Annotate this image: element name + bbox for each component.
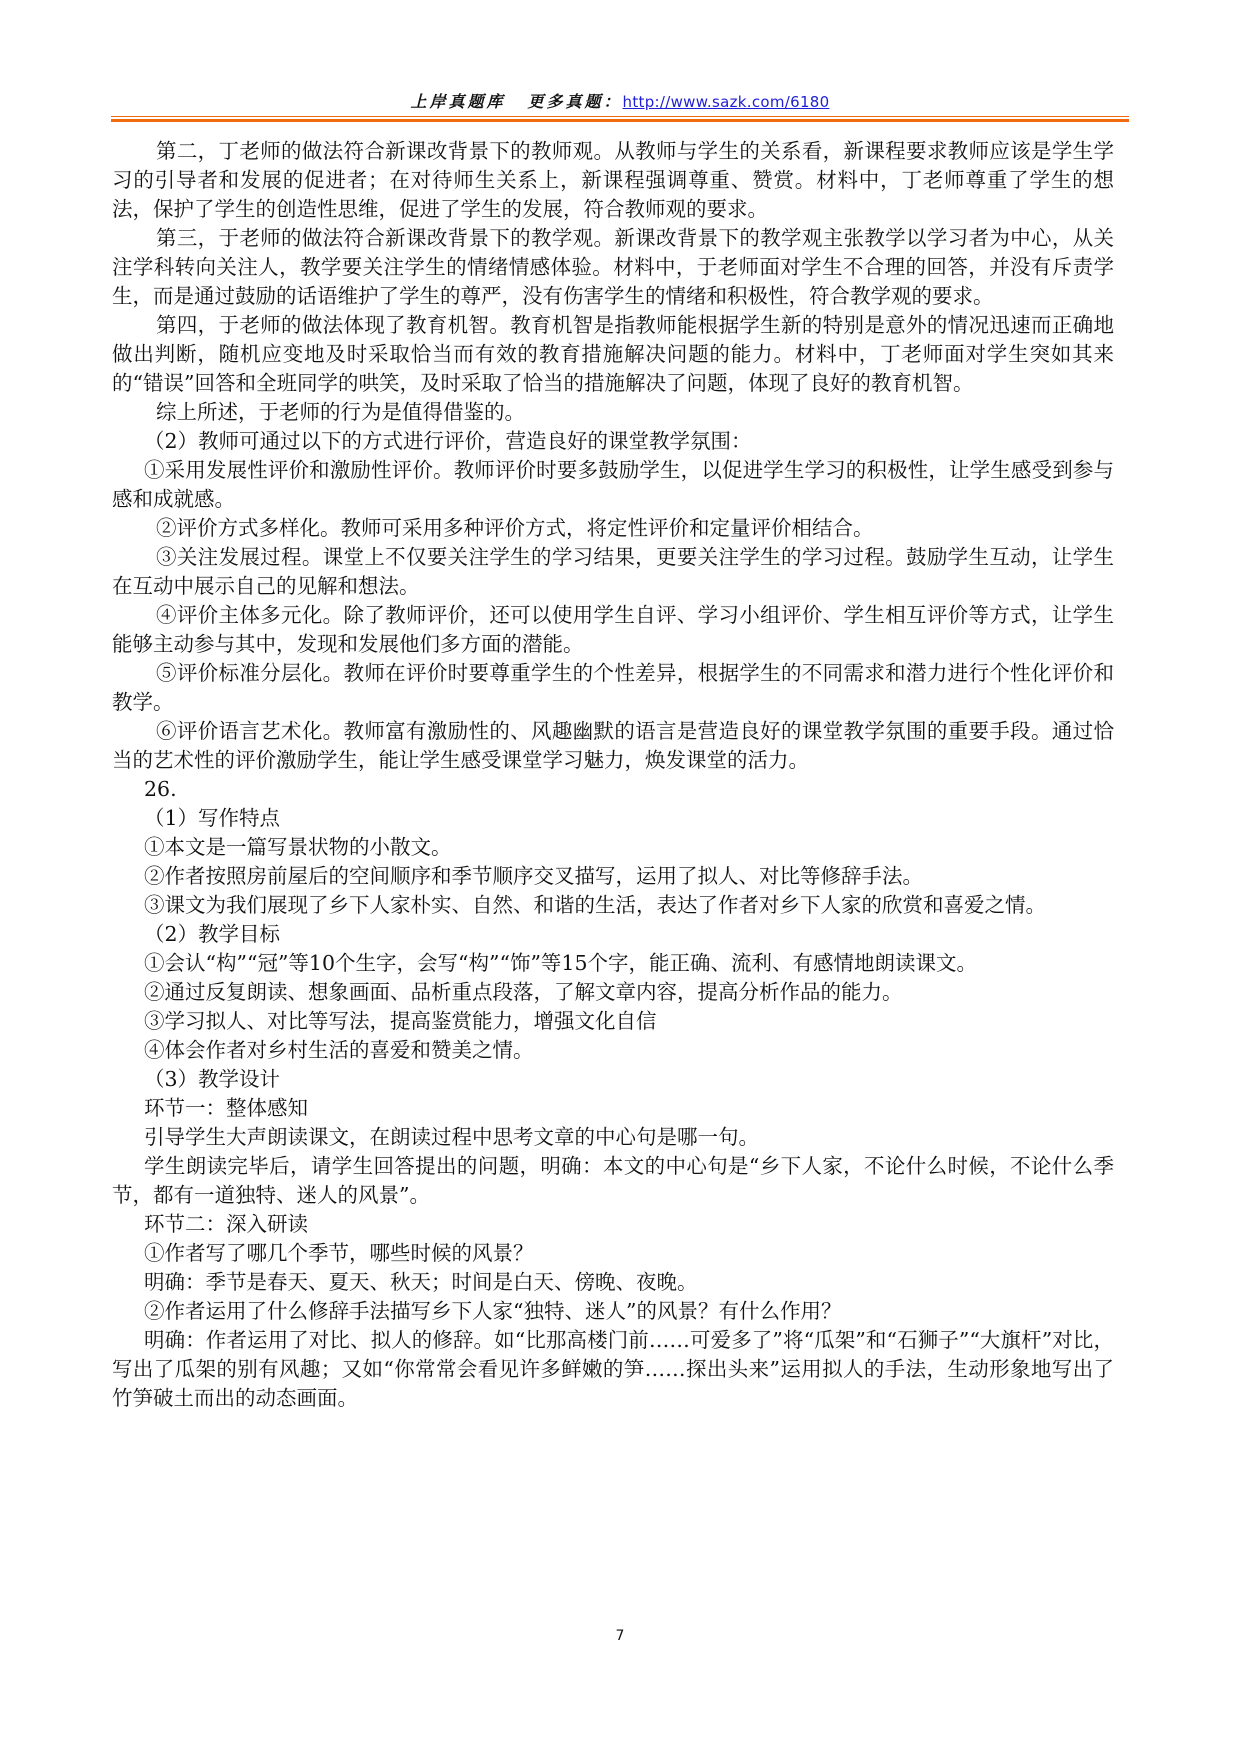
list-item: ②通过反复朗读、想象画面、品析重点段落，了解文章内容，提高分析作品的能力。	[112, 978, 1114, 1007]
subsection-heading: 环节二：深入研读	[112, 1210, 1114, 1239]
subsection-heading: 环节一：整体感知	[112, 1094, 1114, 1123]
header-brand: 上岸真题库	[411, 92, 506, 111]
section-heading: （2）教学目标	[112, 920, 1114, 949]
list-item: ④体会作者对乡村生活的喜爱和赞美之情。	[112, 1036, 1114, 1065]
paragraph: 明确：季节是春天、夏天、秋天；时间是白天、傍晚、夜晚。	[112, 1268, 1114, 1297]
page-header: 上岸真题库更多真题：http://www.sazk.com/6180	[111, 92, 1129, 112]
document-body: 第二，丁老师的做法符合新课改背景下的教师观。从教师与学生的关系看，新课程要求教师…	[112, 137, 1114, 1413]
paragraph: 学生朗读完毕后，请学生回答提出的问题，明确：本文的中心句是“乡下人家，不论什么时…	[112, 1152, 1114, 1210]
paragraph: ③关注发展过程。课堂上不仅要关注学生的学习结果，更要关注学生的学习过程。鼓励学生…	[112, 543, 1114, 601]
paragraph: 综上所述，于老师的行为是值得借鉴的。	[112, 398, 1114, 427]
paragraph: 第二，丁老师的做法符合新课改背景下的教师观。从教师与学生的关系看，新课程要求教师…	[112, 137, 1114, 224]
paragraph: ②评价方式多样化。教师可采用多种评价方式，将定性评价和定量评价相结合。	[112, 514, 1114, 543]
header-label: 更多真题：	[528, 92, 623, 111]
section-heading: （1）写作特点	[112, 804, 1114, 833]
header-rule-thick	[111, 119, 1129, 122]
paragraph: ⑤评价标准分层化。教师在评价时要尊重学生的个性差异，根据学生的不同需求和潜力进行…	[112, 659, 1114, 717]
paragraph: 明确：作者运用了对比、拟人的修辞。如“比那高楼门前……可爱多了”将“瓜架”和“石…	[112, 1326, 1114, 1413]
list-item: ①本文是一篇写景状物的小散文。	[112, 833, 1114, 862]
question-number: 26.	[112, 775, 1114, 804]
paragraph: ④评价主体多元化。除了教师评价，还可以使用学生自评、学习小组评价、学生相互评价等…	[112, 601, 1114, 659]
paragraph: 引导学生大声朗读课文，在朗读过程中思考文章的中心句是哪一句。	[112, 1123, 1114, 1152]
section-heading: （3）教学设计	[112, 1065, 1114, 1094]
list-item: ③课文为我们展现了乡下人家朴实、自然、和谐的生活，表达了作者对乡下人家的欣赏和喜…	[112, 891, 1114, 920]
paragraph: ⑥评价语言艺术化。教师富有激励性的、风趣幽默的语言是营造良好的课堂教学氛围的重要…	[112, 717, 1114, 775]
paragraph: （2）教师可通过以下的方式进行评价，营造良好的课堂教学氛围：	[112, 427, 1114, 456]
list-item: ①作者写了哪几个季节，哪些时候的风景？	[112, 1239, 1114, 1268]
list-item: ③学习拟人、对比等写法，提高鉴赏能力，增强文化自信	[112, 1007, 1114, 1036]
list-item: ②作者按照房前屋后的空间顺序和季节顺序交叉描写，运用了拟人、对比等修辞手法。	[112, 862, 1114, 891]
header-rule-thin	[111, 116, 1129, 117]
paragraph: 第四，于老师的做法体现了教育机智。教育机智是指教师能根据学生新的特别是意外的情况…	[112, 311, 1114, 398]
list-item: ①会认“构”“冠”等10个生字，会写“构”“饰”等15个字，能正确、流利、有感情…	[112, 949, 1114, 978]
header-link[interactable]: http://www.sazk.com/6180	[623, 93, 830, 111]
list-item: ②作者运用了什么修辞手法描写乡下人家“独特、迷人”的风景？有什么作用？	[112, 1297, 1114, 1326]
paragraph: 第三，于老师的做法符合新课改背景下的教学观。新课改背景下的教学观主张教学以学习者…	[112, 224, 1114, 311]
page-number: 7	[0, 1628, 1240, 1644]
paragraph: ①采用发展性评价和激励性评价。教师评价时要多鼓励学生，以促进学生学习的积极性，让…	[112, 456, 1114, 514]
